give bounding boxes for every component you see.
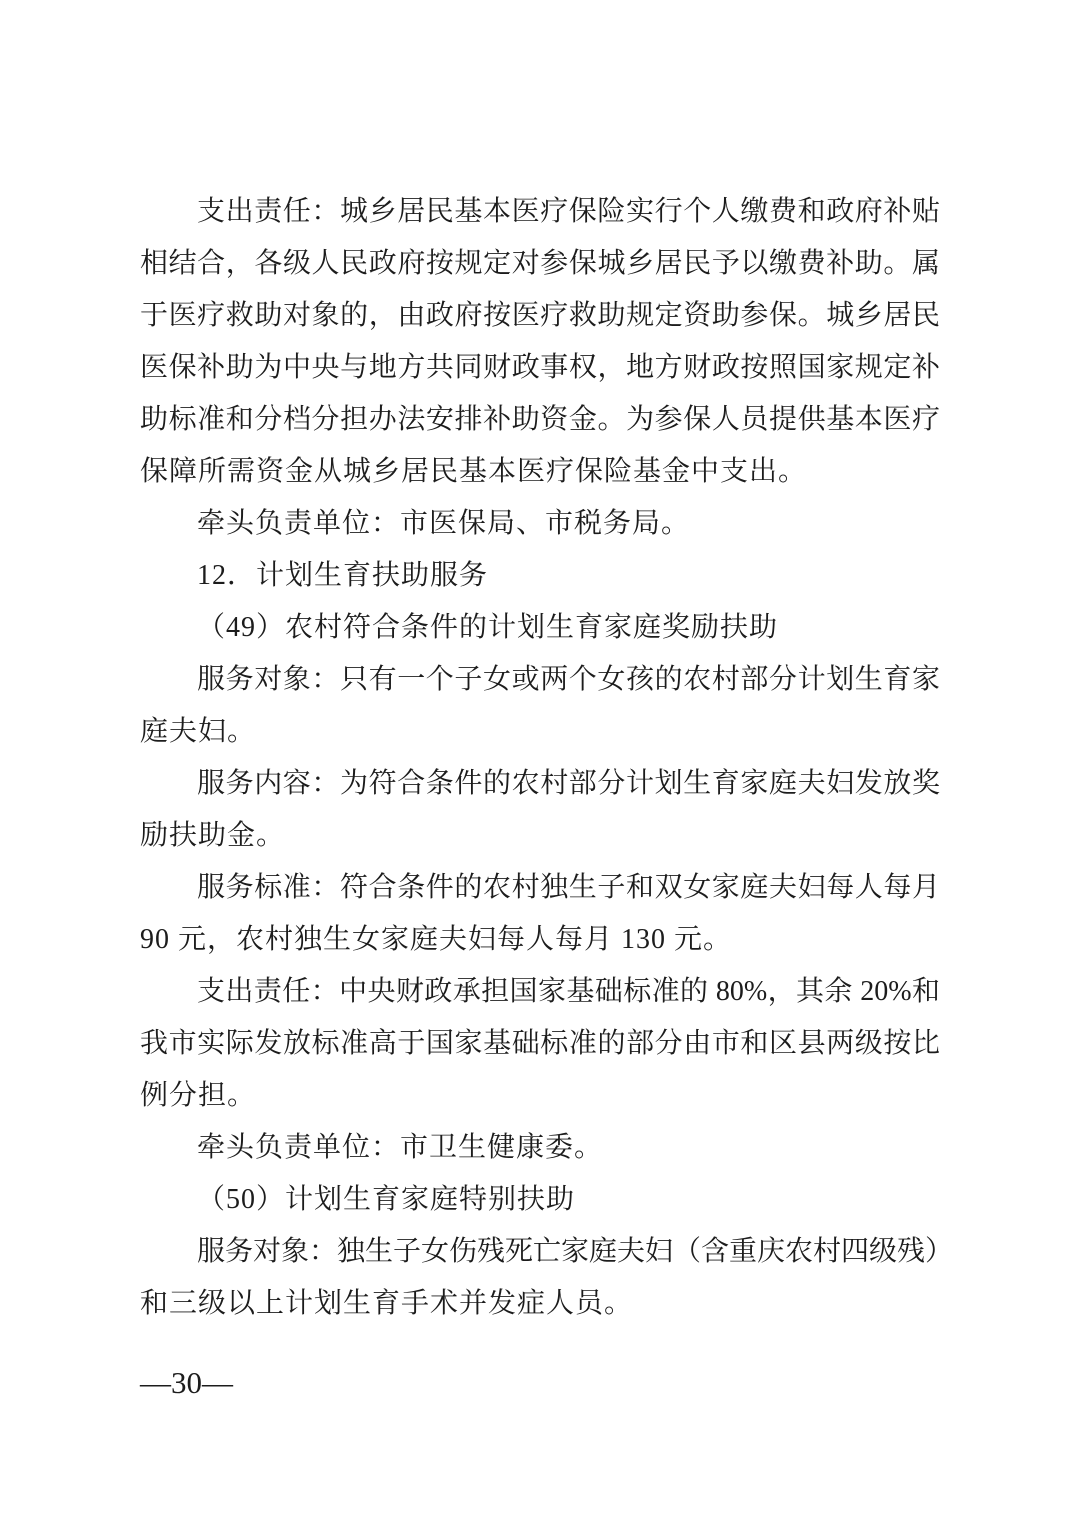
text-line: 牵头负责单位：市卫生健康委。 (140, 1122, 940, 1174)
text-line: 和三级以上计划生育手术并发症人员。 (140, 1278, 940, 1330)
text-line: 服务内容：为符合条件的农村部分计划生育家庭夫妇发放奖 (140, 758, 940, 810)
text-line: （49）农村符合条件的计划生育家庭奖励扶助 (140, 602, 940, 654)
text-line: 于医疗救助对象的，由政府按医疗救助规定资助参保。城乡居民 (140, 290, 940, 342)
text-line: 支出责任：城乡居民基本医疗保险实行个人缴费和政府补贴 (140, 186, 940, 238)
document-page: 支出责任：城乡居民基本医疗保险实行个人缴费和政府补贴相结合，各级人民政府按规定对… (0, 0, 1074, 1520)
text-line: 例分担。 (140, 1070, 940, 1122)
page-number: —30— (140, 1363, 233, 1403)
text-line: 保障所需资金从城乡居民基本医疗保险基金中支出。 (140, 446, 940, 498)
text-line: 牵头负责单位：市医保局、市税务局。 (140, 498, 940, 550)
text-line: 服务对象：独生子女伤残死亡家庭夫妇（含重庆农村四级残） (140, 1226, 940, 1278)
text-line: 相结合，各级人民政府按规定对参保城乡居民予以缴费补助。属 (140, 238, 940, 290)
text-line: 励扶助金。 (140, 810, 940, 862)
text-line: 服务对象：只有一个子女或两个女孩的农村部分计划生育家 (140, 654, 940, 706)
document-body: 支出责任：城乡居民基本医疗保险实行个人缴费和政府补贴相结合，各级人民政府按规定对… (140, 186, 940, 1330)
text-line: 90 元，农村独生女家庭夫妇每人每月 130 元。 (140, 914, 940, 966)
text-line: 庭夫妇。 (140, 706, 940, 758)
text-line: （50）计划生育家庭特别扶助 (140, 1174, 940, 1226)
text-line: 我市实际发放标准高于国家基础标准的部分由市和区县两级按比 (140, 1018, 940, 1070)
text-line: 服务标准：符合条件的农村独生子和双女家庭夫妇每人每月 (140, 862, 940, 914)
text-line: 医保补助为中央与地方共同财政事权，地方财政按照国家规定补 (140, 342, 940, 394)
text-line: 支出责任：中央财政承担国家基础标准的 80%，其余 20%和 (140, 966, 940, 1018)
text-line: 12．计划生育扶助服务 (140, 550, 940, 602)
text-line: 助标准和分档分担办法安排补助资金。为参保人员提供基本医疗 (140, 394, 940, 446)
